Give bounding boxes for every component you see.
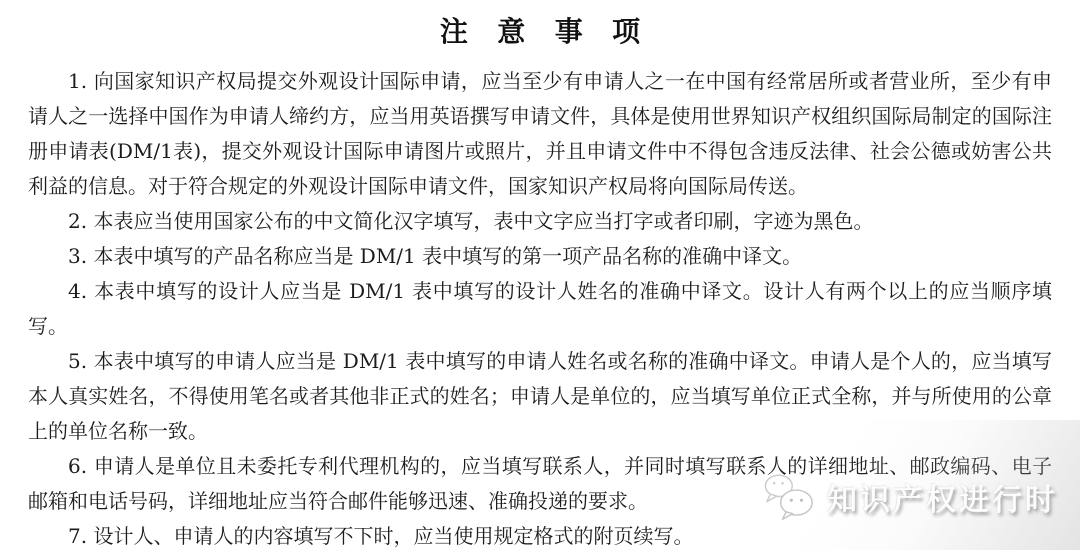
notice-document: 注意事项 1. 向国家知识产权局提交外观设计国际申请，应当至少有申请人之一在中国… bbox=[0, 0, 1080, 550]
watermark-label: 知识产权进行时 bbox=[827, 475, 1058, 519]
page-title: 注意事项 bbox=[0, 10, 1080, 50]
notice-item-4: 4. 本表中填写的设计人应当是 DM/1 表中填写的设计人姓名的准确中译文。设计… bbox=[28, 274, 1052, 344]
notice-item-2: 2. 本表应当使用国家公布的中文简化汉字填写，表中文字应当打字或者印刷，字迹为黑… bbox=[28, 204, 1052, 239]
notice-item-7: 7. 设计人、申请人的内容填写不下时，应当使用规定格式的附页续写。 bbox=[28, 519, 1052, 550]
notice-item-1: 1. 向国家知识产权局提交外观设计国际申请，应当至少有申请人之一在中国有经常居所… bbox=[28, 64, 1052, 204]
watermark: 知识产权进行时 bbox=[761, 472, 1058, 522]
notice-item-5: 5. 本表中填写的申请人应当是 DM/1 表中填写的申请人姓名或名称的准确中译文… bbox=[28, 344, 1052, 449]
notice-item-3: 3. 本表中填写的产品名称应当是 DM/1 表中填写的第一项产品名称的准确中译文… bbox=[28, 239, 1052, 274]
wechat-icon bbox=[761, 472, 817, 522]
